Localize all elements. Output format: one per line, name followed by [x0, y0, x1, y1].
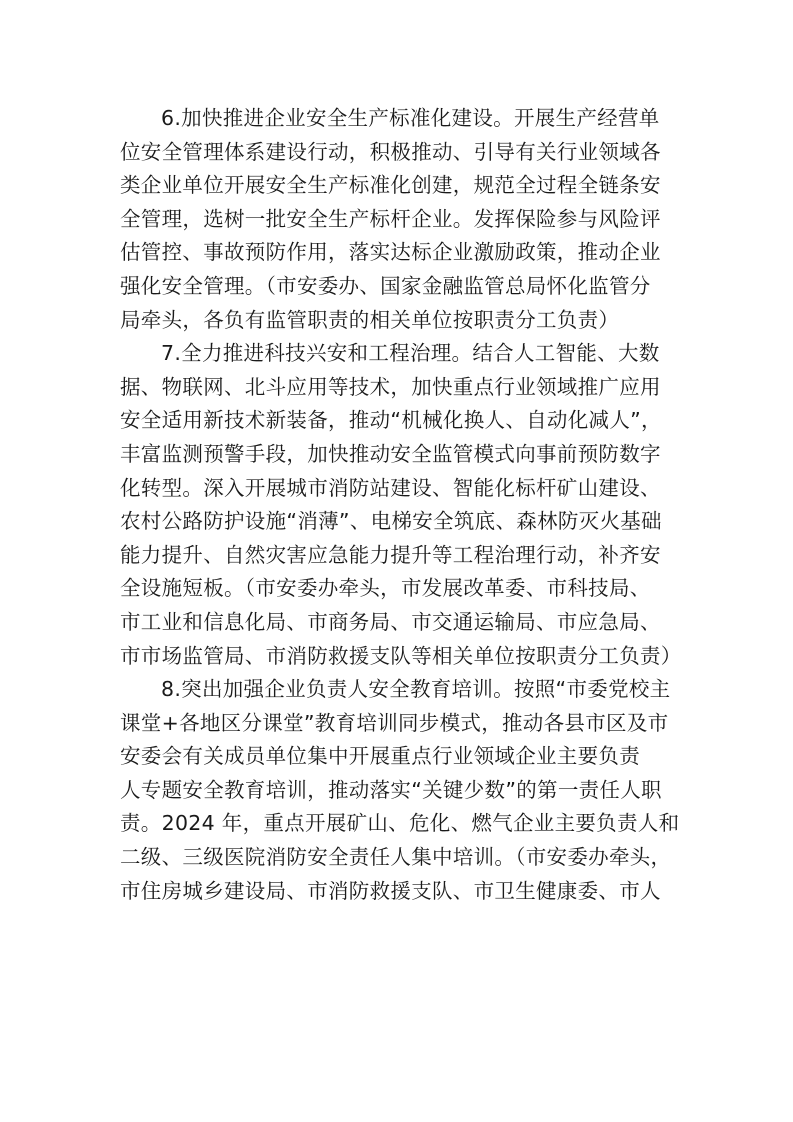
- text-line: 6.加快推进企业安全生产标准化建设。开展生产经营单: [120, 102, 690, 136]
- text-line: 责。2024 年，重点开展矿山、危化、燃气企业主要负责人和: [120, 807, 690, 841]
- text-line: 农村公路防护设施“消薄”、电梯安全筑底、森林防灭火基础: [120, 505, 690, 539]
- text-line: 7.全力推进科技兴安和工程治理。结合人工智能、大数: [120, 337, 690, 371]
- text-line: 市市场监管局、市消防救援支队等相关单位按职责分工负责）: [120, 640, 690, 674]
- document-page: 6.加快推进企业安全生产标准化建设。开展生产经营单 位安全管理体系建设行动，积极…: [0, 0, 793, 1122]
- text-line: 全设施短板。（市安委办牵头，市发展改革委、市科技局、: [120, 572, 690, 606]
- text-line: 化转型。深入开展城市消防站建设、智能化标杆矿山建设、: [120, 472, 690, 506]
- text-line: 丰富监测预警手段，加快推动安全监管模式向事前预防数字: [120, 438, 690, 472]
- paragraph-item-8: 8.突出加强企业负责人安全教育培训。按照“市委党校主 课堂+各地区分课堂”教育培…: [120, 673, 690, 908]
- text-line: 能力提升、自然灾害应急能力提升等工程治理行动，补齐安: [120, 539, 690, 573]
- text-line: 安委会有关成员单位集中开展重点行业领域企业主要负责: [120, 740, 690, 774]
- document-body: 6.加快推进企业安全生产标准化建设。开展生产经营单 位安全管理体系建设行动，积极…: [120, 102, 690, 908]
- text-line: 类企业单位开展安全生产标准化创建，规范全过程全链条安: [120, 169, 690, 203]
- paragraph-item-6: 6.加快推进企业安全生产标准化建设。开展生产经营单 位安全管理体系建设行动，积极…: [120, 102, 690, 337]
- text-line: 全管理，选树一批安全生产标杆企业。发挥保险参与风险评: [120, 203, 690, 237]
- text-line: 局牵头，各负有监管职责的相关单位按职责分工负责）: [120, 304, 690, 338]
- text-line: 人专题安全教育培训，推动落实“关键少数”的第一责任人职: [120, 774, 690, 808]
- paragraph-item-7: 7.全力推进科技兴安和工程治理。结合人工智能、大数 据、物联网、北斗应用等技术，…: [120, 337, 690, 673]
- text-line: 二级、三级医院消防安全责任人集中培训。（市安委办牵头，: [120, 841, 690, 875]
- text-line: 据、物联网、北斗应用等技术，加快重点行业领域推广应用: [120, 371, 690, 405]
- text-line: 强化安全管理。（市安委办、国家金融监管总局怀化监管分: [120, 270, 690, 304]
- text-line: 8.突出加强企业负责人安全教育培训。按照“市委党校主: [120, 673, 690, 707]
- text-line: 位安全管理体系建设行动，积极推动、引导有关行业领域各: [120, 136, 690, 170]
- text-line: 市工业和信息化局、市商务局、市交通运输局、市应急局、: [120, 606, 690, 640]
- text-line: 课堂+各地区分课堂”教育培训同步模式，推动各县市区及市: [120, 707, 690, 741]
- text-line: 安全适用新技术新装备，推动“机械化换人、自动化减人”，: [120, 404, 690, 438]
- text-line: 估管控、事故预防作用，落实达标企业激励政策，推动企业: [120, 236, 690, 270]
- text-line: 市住房城乡建设局、市消防救援支队、市卫生健康委、市人: [120, 875, 690, 909]
